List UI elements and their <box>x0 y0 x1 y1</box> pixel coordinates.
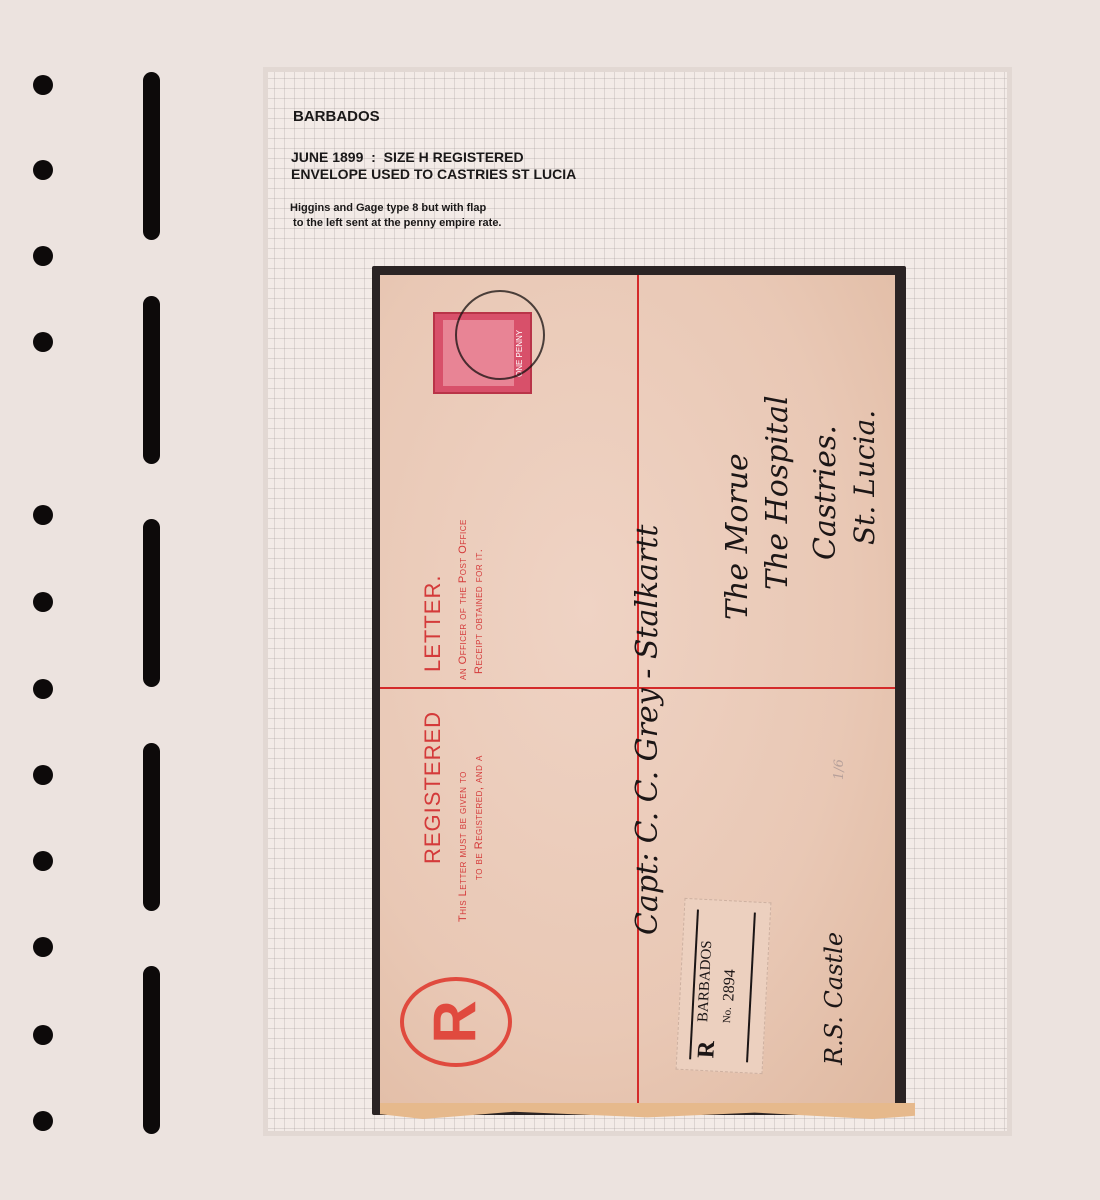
registration-label-frame: BARBADOS R No. 2894 <box>689 910 756 1063</box>
binder-hole <box>33 1111 53 1131</box>
registered-heading: REGISTERED <box>420 711 446 864</box>
binder-slot <box>143 519 160 687</box>
binder-hole <box>33 160 53 180</box>
instruction-line-1a: This Letter must be given to <box>457 771 469 922</box>
reg-label-no-prefix: No. <box>721 1007 734 1024</box>
title-line-1: JUNE 1899 : SIZE H REGISTERED <box>291 149 524 165</box>
binder-slot <box>143 296 160 464</box>
instruction-line-1b: an Officer of the Post Office <box>457 519 469 680</box>
description-line-1: Higgins and Gage type 8 but with flap <box>290 202 486 214</box>
binder-hole <box>33 937 53 957</box>
r-letter: R <box>426 1000 486 1043</box>
binder-hole <box>33 1025 53 1045</box>
binder-slot <box>143 72 160 240</box>
title-line-2: ENVELOPE USED TO CASTRIES ST LUCIA <box>291 166 576 182</box>
description-line-2: to the left sent at the penny empire rat… <box>290 217 502 229</box>
circular-postmark <box>455 290 545 380</box>
instruction-line-2a: to be Registered, and a <box>473 755 485 880</box>
binder-slot <box>143 743 160 911</box>
reg-label-r: R <box>693 1040 721 1059</box>
address-line-3: The Hospital <box>760 395 795 590</box>
registration-label: BARBADOS R No. 2894 <box>676 898 772 1074</box>
pencil-rate-note: 1/6 <box>832 759 847 780</box>
registered-r-symbol: R <box>400 977 512 1067</box>
sender-note: R.S. Castle <box>820 932 848 1065</box>
binder-slot <box>143 966 160 1134</box>
address-line-4: Castries. <box>808 425 843 560</box>
instruction-line-2b: Receipt obtained for it. <box>473 549 485 674</box>
binder-hole <box>33 851 53 871</box>
binder-hole <box>33 75 53 95</box>
country-heading: BARBADOS <box>293 108 380 125</box>
address-line-5: St. Lucia. <box>848 410 881 545</box>
binder-hole <box>33 765 53 785</box>
reg-label-number: 2894 <box>720 969 740 1002</box>
reg-label-country: BARBADOS <box>695 940 716 1022</box>
address-line-1: Capt: C. C. Grey - Stalkartt <box>630 525 665 935</box>
binder-hole <box>33 592 53 612</box>
binder-hole <box>33 246 53 266</box>
binder-hole <box>33 505 53 525</box>
address-line-2: The Morue <box>720 453 755 620</box>
binder-hole <box>33 332 53 352</box>
letter-heading: LETTER. <box>420 575 446 672</box>
binder-hole <box>33 679 53 699</box>
